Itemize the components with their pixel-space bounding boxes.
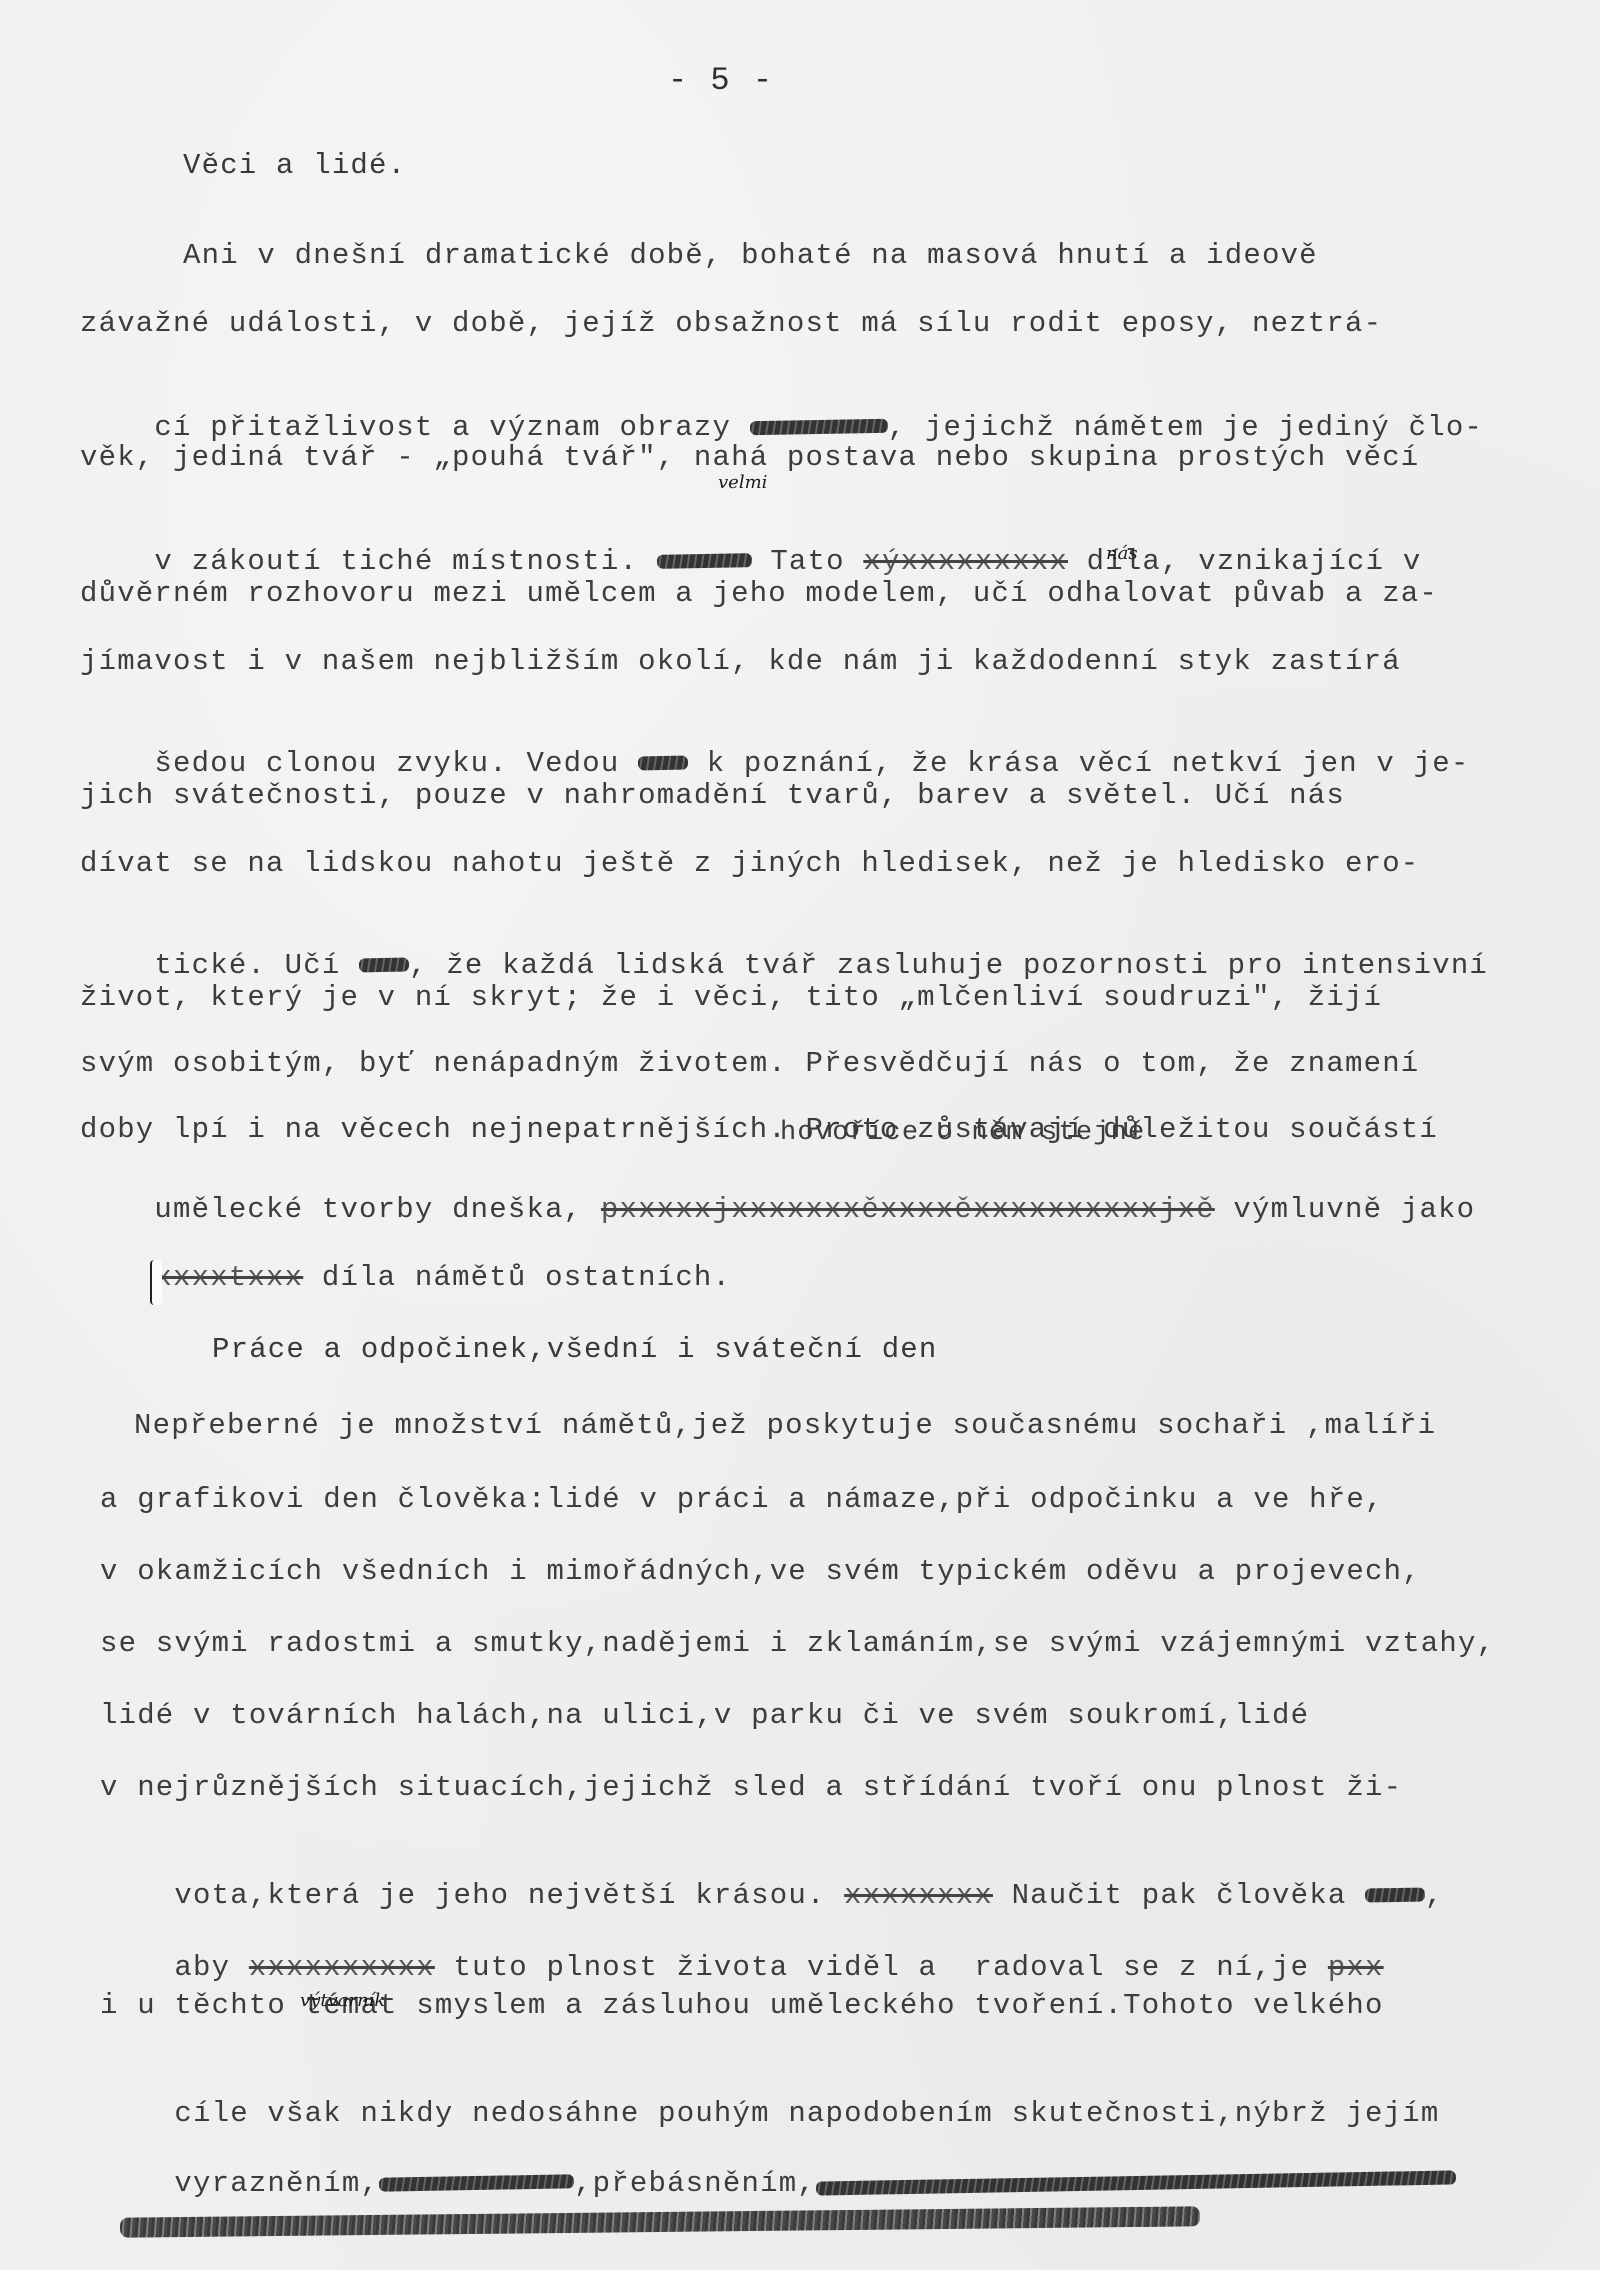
- text-line: jímavost i v našem nejbližším okolí, kde…: [80, 644, 1401, 680]
- ink-strikeout: [1365, 1888, 1425, 1903]
- text-line: život, který je v ní skryt; že i věci, t…: [80, 980, 1382, 1016]
- ink-strikeout: [750, 419, 888, 435]
- typed-strikeout: xxxxxxxx: [844, 1879, 993, 1912]
- text-segment: ,: [1425, 1879, 1444, 1912]
- text-line: v okamžicích všedních i mimořádných,ve s…: [100, 1554, 1421, 1590]
- handwritten-note: nás: [1106, 543, 1138, 564]
- text-line: jich svátečnosti, pouze v nahromadění tv…: [80, 778, 1345, 814]
- handwritten-note: velmi: [718, 472, 767, 493]
- text-segment: tické. Učí: [154, 949, 340, 982]
- section-title: Práce a odpočinek,všední i sváteční den: [212, 1332, 938, 1368]
- text-segment: šedou clonou zvyku. Vedou: [154, 747, 619, 780]
- text-line: Ani v dnešní dramatické době, bohaté na …: [183, 238, 1318, 274]
- paper-tear-mark: [150, 1260, 162, 1305]
- text-line: a grafikovi den člověka:lidé v práci a n…: [100, 1482, 1384, 1518]
- text-line: dívat se na lidskou nahotu ještě z jinýc…: [80, 846, 1419, 882]
- typed-insertion: hovoříce o něm stejně: [780, 1118, 1145, 1148]
- text-line: xxxxtxxx díla námětů ostatních.: [80, 1224, 731, 1332]
- text-segment: Tato: [770, 545, 844, 578]
- text-segment: umělecké tvorby dneška,: [154, 1193, 582, 1226]
- text-line: v nejrůznějších situacích,jejichž sled a…: [100, 1770, 1402, 1806]
- text-segment: vyrazněním,: [174, 2167, 379, 2200]
- text-segment: , že každá lidská tvář zasluhuje pozorno…: [409, 949, 1488, 982]
- text-segment: Naučit pak člověka: [1012, 1879, 1347, 1912]
- ink-strikeout: [379, 2175, 574, 2192]
- page-number: - 5 -: [668, 62, 774, 99]
- text-line: i u těchto témat smyslem a zásluhou uměl…: [100, 1988, 1384, 2024]
- text-line: důvěrném rozhovoru mezi umělcem a jeho m…: [80, 576, 1438, 612]
- text-segment: vota,která je jeho největší krásou.: [174, 1879, 825, 1912]
- text-line: věk, jediná tvář - „pouhá tvář", nahá po…: [80, 440, 1419, 476]
- text-segment: aby: [174, 1951, 230, 1984]
- ink-strikeout: [359, 958, 409, 973]
- text-segment: výmluvně jako: [1233, 1193, 1475, 1226]
- text-line: závažné události, v době, jejíž obsažnos…: [80, 306, 1382, 342]
- text-segment: ,přebásněním,: [574, 2167, 816, 2200]
- text-segment: k poznání, že krása věcí netkví jen v je…: [707, 747, 1470, 780]
- text-line: se svými radostmi a smutky,nadějemi i zk…: [100, 1626, 1495, 1662]
- typed-strikeout: pxxxxxjxxxxxxxěxxxxěxxxxxxxxxxjxě: [601, 1193, 1215, 1226]
- text-line: Nepřeberné je množství námětů,jež poskyt…: [134, 1408, 1436, 1444]
- document-page: - 5 - Věci a lidé. Ani v dnešní dramatic…: [0, 0, 1600, 2270]
- text-segment: nikdy nedosáhne pouhým napodobením skute…: [360, 2097, 1439, 2130]
- text-line: doby lpí i na věcech nejnepatrnějších. P…: [80, 1112, 1438, 1148]
- text-segment: cíle však: [174, 2097, 341, 2130]
- typed-strikeout: pxx: [1328, 1951, 1384, 1984]
- text-segment: v zákoutí tiché místnosti.: [154, 545, 638, 578]
- text-line: svým osobitým, byť nenápadným životem. P…: [80, 1046, 1419, 1082]
- text-segment: díla námětů ostatních.: [322, 1261, 731, 1294]
- ink-strikeout: [638, 756, 688, 771]
- typed-strikeout: xýxxxxxxxxx: [863, 545, 1068, 578]
- typed-strikeout: xxxxxxxxxx: [249, 1951, 435, 1984]
- handwritten-note: výtvarník: [300, 1990, 385, 2011]
- text-segment: tuto plnost života viděl a radoval se z …: [453, 1951, 1309, 1984]
- text-line: lidé v továrních halách,na ulici,v parku…: [100, 1698, 1309, 1734]
- ink-strikeout: [816, 2171, 1456, 2196]
- section-title: Věci a lidé.: [183, 148, 406, 184]
- typed-strikeout: xxxxtxxx: [154, 1261, 303, 1294]
- ink-strikeout: [657, 554, 752, 570]
